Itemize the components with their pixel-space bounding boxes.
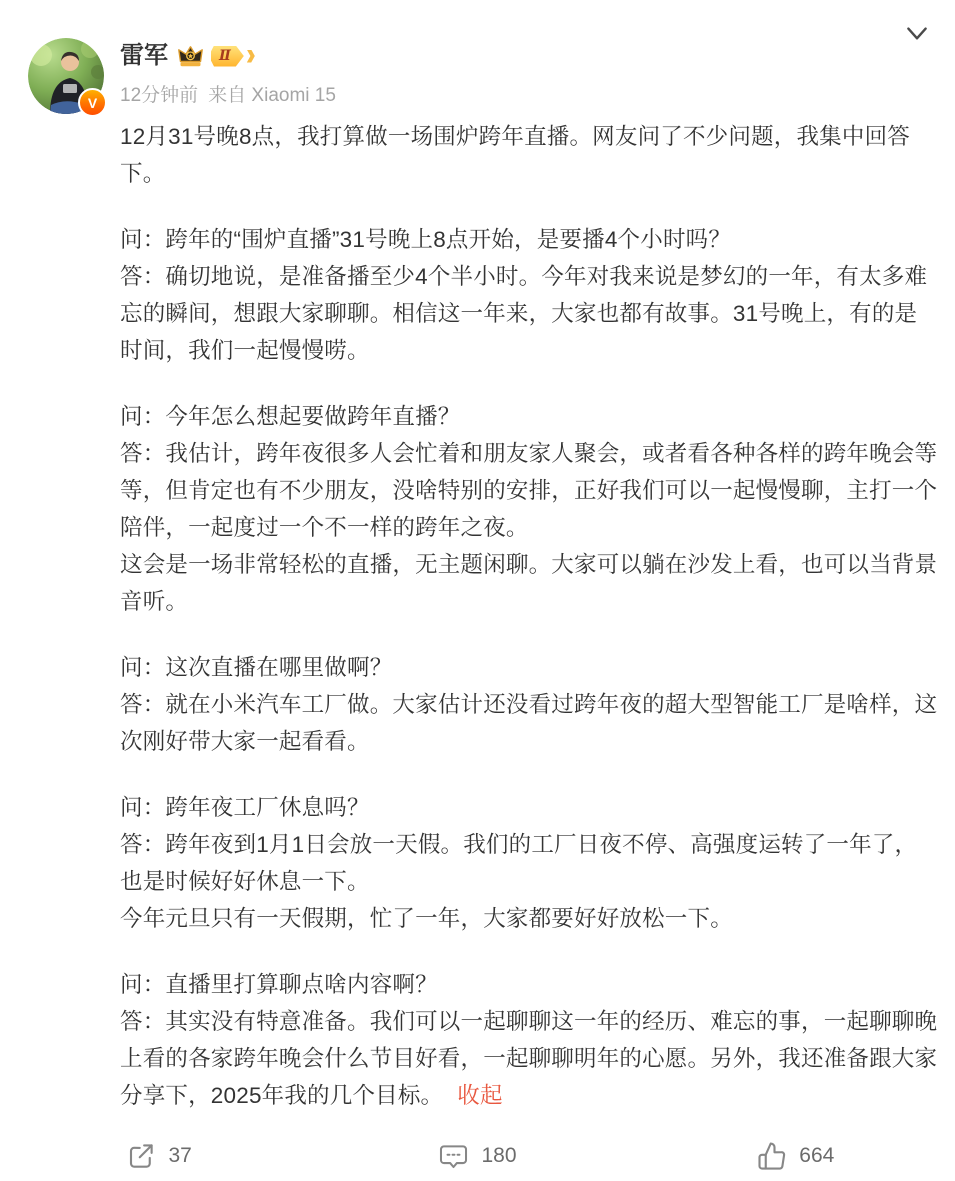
like-button[interactable]: 664 [637, 1141, 955, 1171]
post-timestamp: 12分钟前 [120, 85, 198, 106]
post-content: 12月31号晚8点，我打算做一场围炉跨年直播。网友问了不少问题，我集中回答下。 … [120, 118, 938, 1114]
action-bar: 37 180 664 [0, 1131, 955, 1181]
post-meta: 12分钟前来自 Xiaomi 15 [120, 80, 935, 107]
post-header: V 雷军 Ⅱ 12分钟前来自 Xiaomi 15 [28, 38, 935, 118]
post-paragraph: 问：跨年夜工厂休息吗？ 答：跨年夜到1月1日会放一天假。我们的工厂日夜不停、高强… [120, 789, 938, 937]
chevron-down-icon[interactable] [904, 24, 930, 49]
vip-level-badge: Ⅱ [211, 46, 244, 67]
vip-level-tail-icon [247, 50, 255, 63]
vip-crown-icon [177, 45, 204, 68]
post-paragraph: 12月31号晚8点，我打算做一场围炉跨年直播。网友问了不少问题，我集中回答下。 [120, 118, 938, 192]
avatar[interactable]: V [28, 38, 104, 114]
post-source[interactable]: 来自 Xiaomi 15 [208, 85, 336, 106]
collapse-link[interactable]: 收起 [457, 1083, 502, 1108]
repost-button[interactable]: 37 [0, 1141, 318, 1171]
comment-count: 180 [481, 1144, 516, 1168]
comment-icon [438, 1142, 469, 1171]
post-paragraph: 问：今年怎么想起要做跨年直播？ 答：我估计，跨年夜很多人会忙着和朋友家人聚会，或… [120, 398, 938, 620]
user-name[interactable]: 雷军 [120, 41, 168, 71]
thumbs-up-icon [757, 1141, 787, 1171]
post-paragraph: 问：这次直播在哪里做啊？ 答：就在小米汽车工厂做。大家估计还没看过跨年夜的超大型… [120, 649, 938, 760]
post-paragraph: 问：直播里打算聊点啥内容啊？ 答：其实没有特意准备。我们可以一起聊聊这一年的经历… [120, 966, 938, 1114]
verified-badge: V [78, 88, 107, 117]
repost-icon [126, 1141, 156, 1171]
repost-count: 37 [168, 1144, 191, 1168]
comment-button[interactable]: 180 [318, 1142, 636, 1171]
like-count: 664 [799, 1144, 834, 1168]
post-paragraph: 问：跨年的“围炉直播”31号晚上8点开始，是要播4个小时吗？ 答：确切地说，是准… [120, 221, 938, 369]
post-paragraph-text: 问：直播里打算聊点啥内容啊？ 答：其实没有特意准备。我们可以一起聊聊这一年的经历… [120, 972, 937, 1108]
